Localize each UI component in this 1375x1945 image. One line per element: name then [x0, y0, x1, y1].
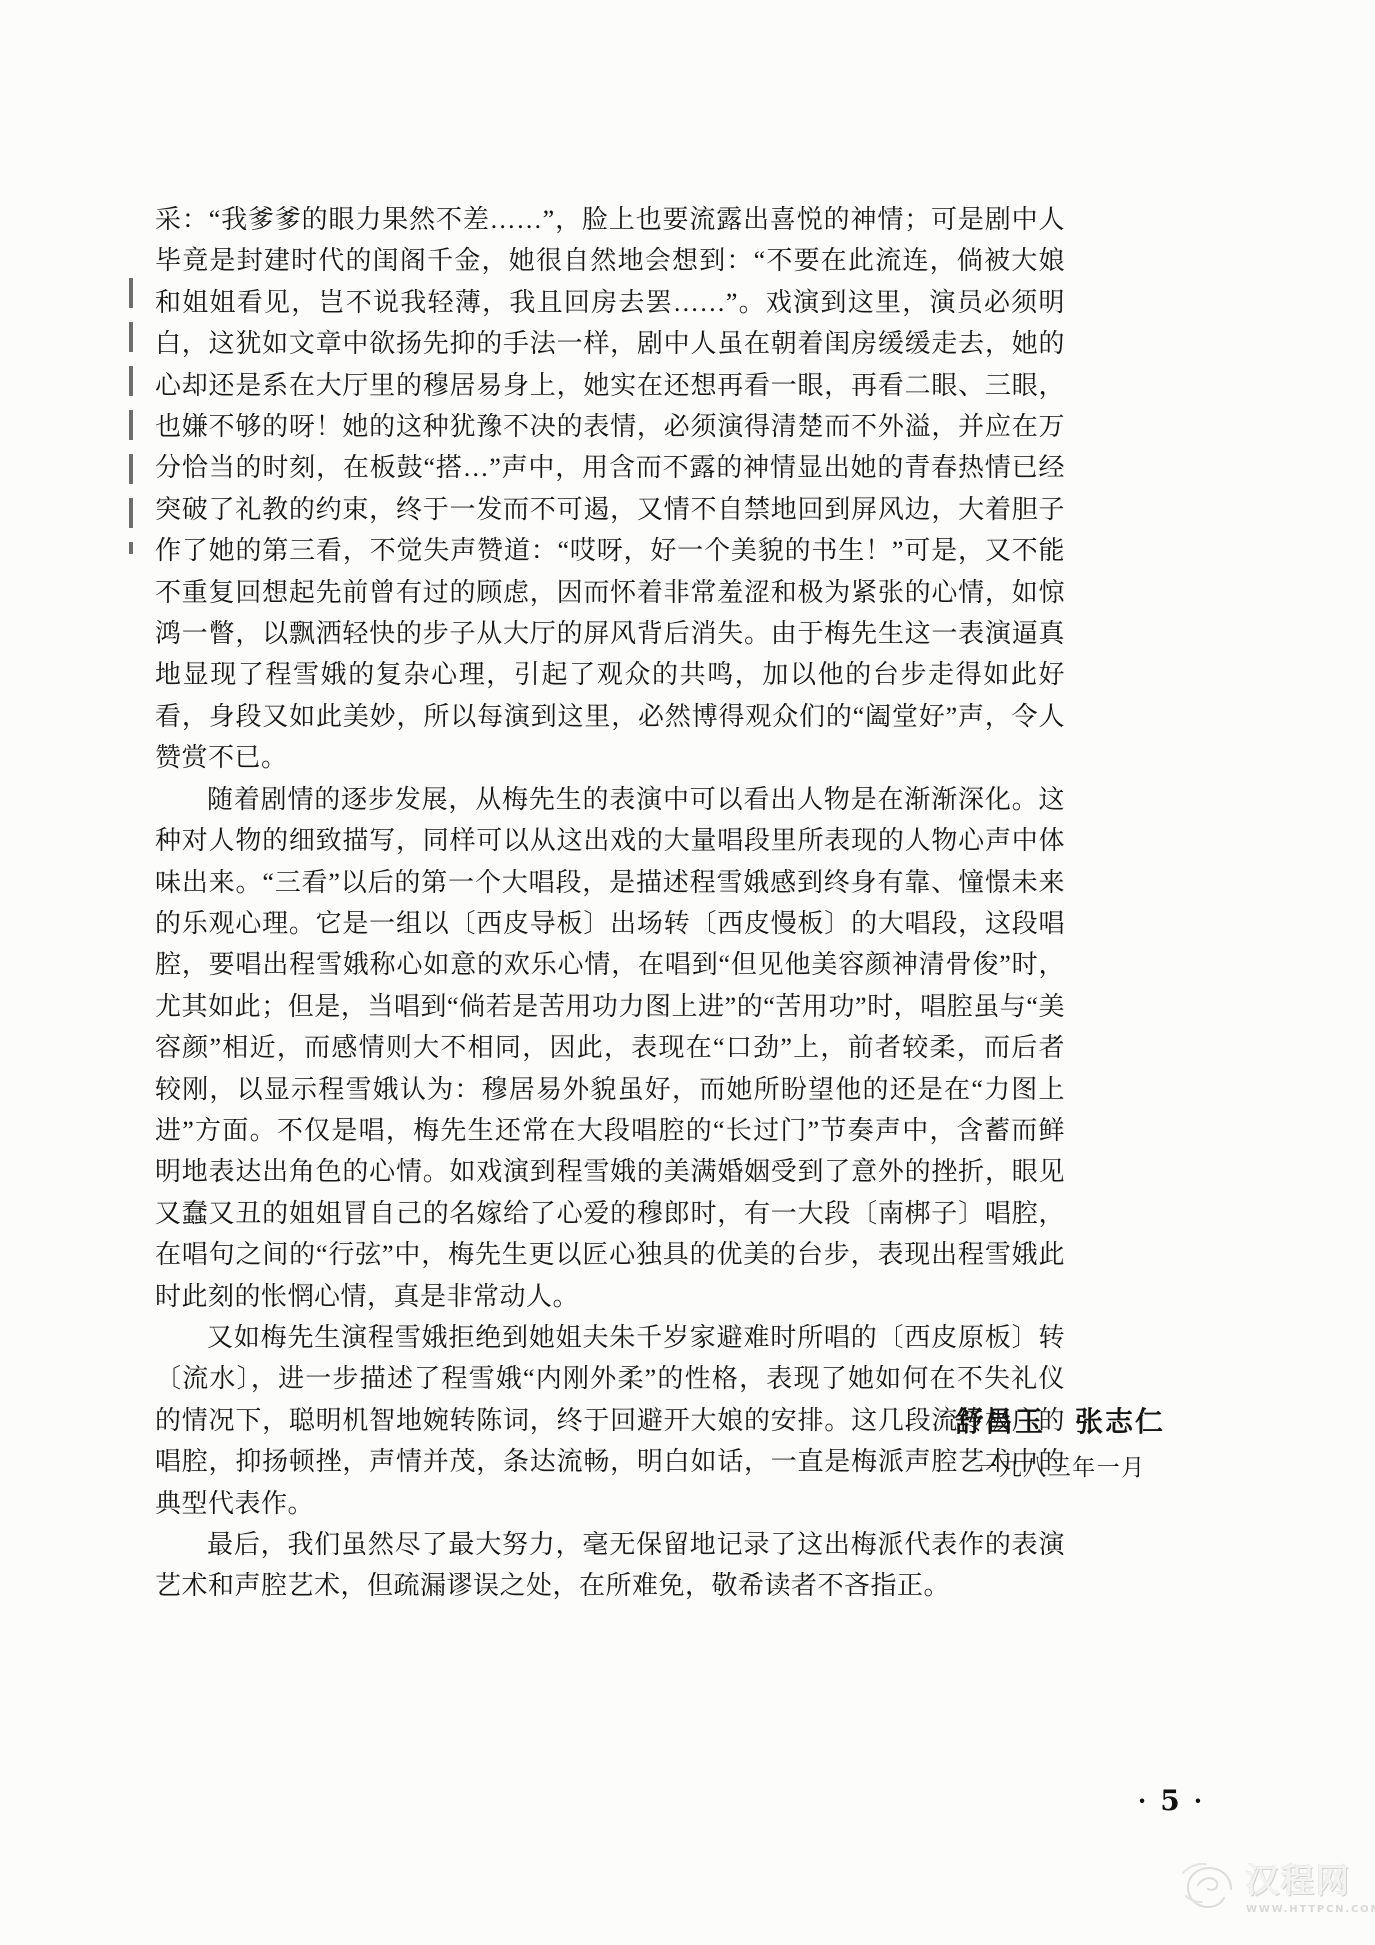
- watermark-site-url: WWW.HTTPCN.COM: [1246, 1904, 1375, 1915]
- signature-date: 一九八三年一月: [920, 1449, 1200, 1482]
- watermark-site-name: 汉程网: [1246, 1866, 1375, 1899]
- paragraph-1: 采：“我爹爹的眼力果然不差……”，脸上也要流露出喜悦的神情；可是剧中人毕竟是封建…: [155, 199, 1065, 779]
- signature-block: 舒昌玉 张志仁 一九八三年一月: [920, 1400, 1200, 1482]
- site-watermark: 汉程网 WWW.HTTPCN.COM: [1180, 1858, 1375, 1918]
- body-text: 采：“我爹爹的眼力果然不差……”，脸上也要流露出喜悦的神情；可是剧中人毕竟是封建…: [155, 199, 1065, 1607]
- page-number: · 5 ·: [1115, 1784, 1225, 1817]
- dragon-logo-icon: [1180, 1858, 1240, 1918]
- paragraph-2: 随着剧情的逐步发展，从梅先生的表演中可以看出人物是在渐渐深化。这种对人物的细致描…: [155, 779, 1065, 1317]
- watermark-text: 汉程网 WWW.HTTPCN.COM: [1246, 1858, 1375, 1915]
- page-number-dot-left: ·: [1138, 1789, 1146, 1813]
- page-number-value: 5: [1160, 1784, 1179, 1817]
- scan-artifact-line: [129, 278, 133, 554]
- scanned-book-page: 采：“我爹爹的眼力果然不差……”，脸上也要流露出喜悦的神情；可是剧中人毕竟是封建…: [0, 0, 1375, 1945]
- signature-authors: 舒昌玉 张志仁: [920, 1400, 1200, 1440]
- paragraph-4: 最后，我们虽然尽了最大努力，毫无保留地记录了这出梅派代表作的表演艺术和声腔艺术，…: [155, 1524, 1065, 1607]
- page-number-dot-right: ·: [1194, 1789, 1202, 1813]
